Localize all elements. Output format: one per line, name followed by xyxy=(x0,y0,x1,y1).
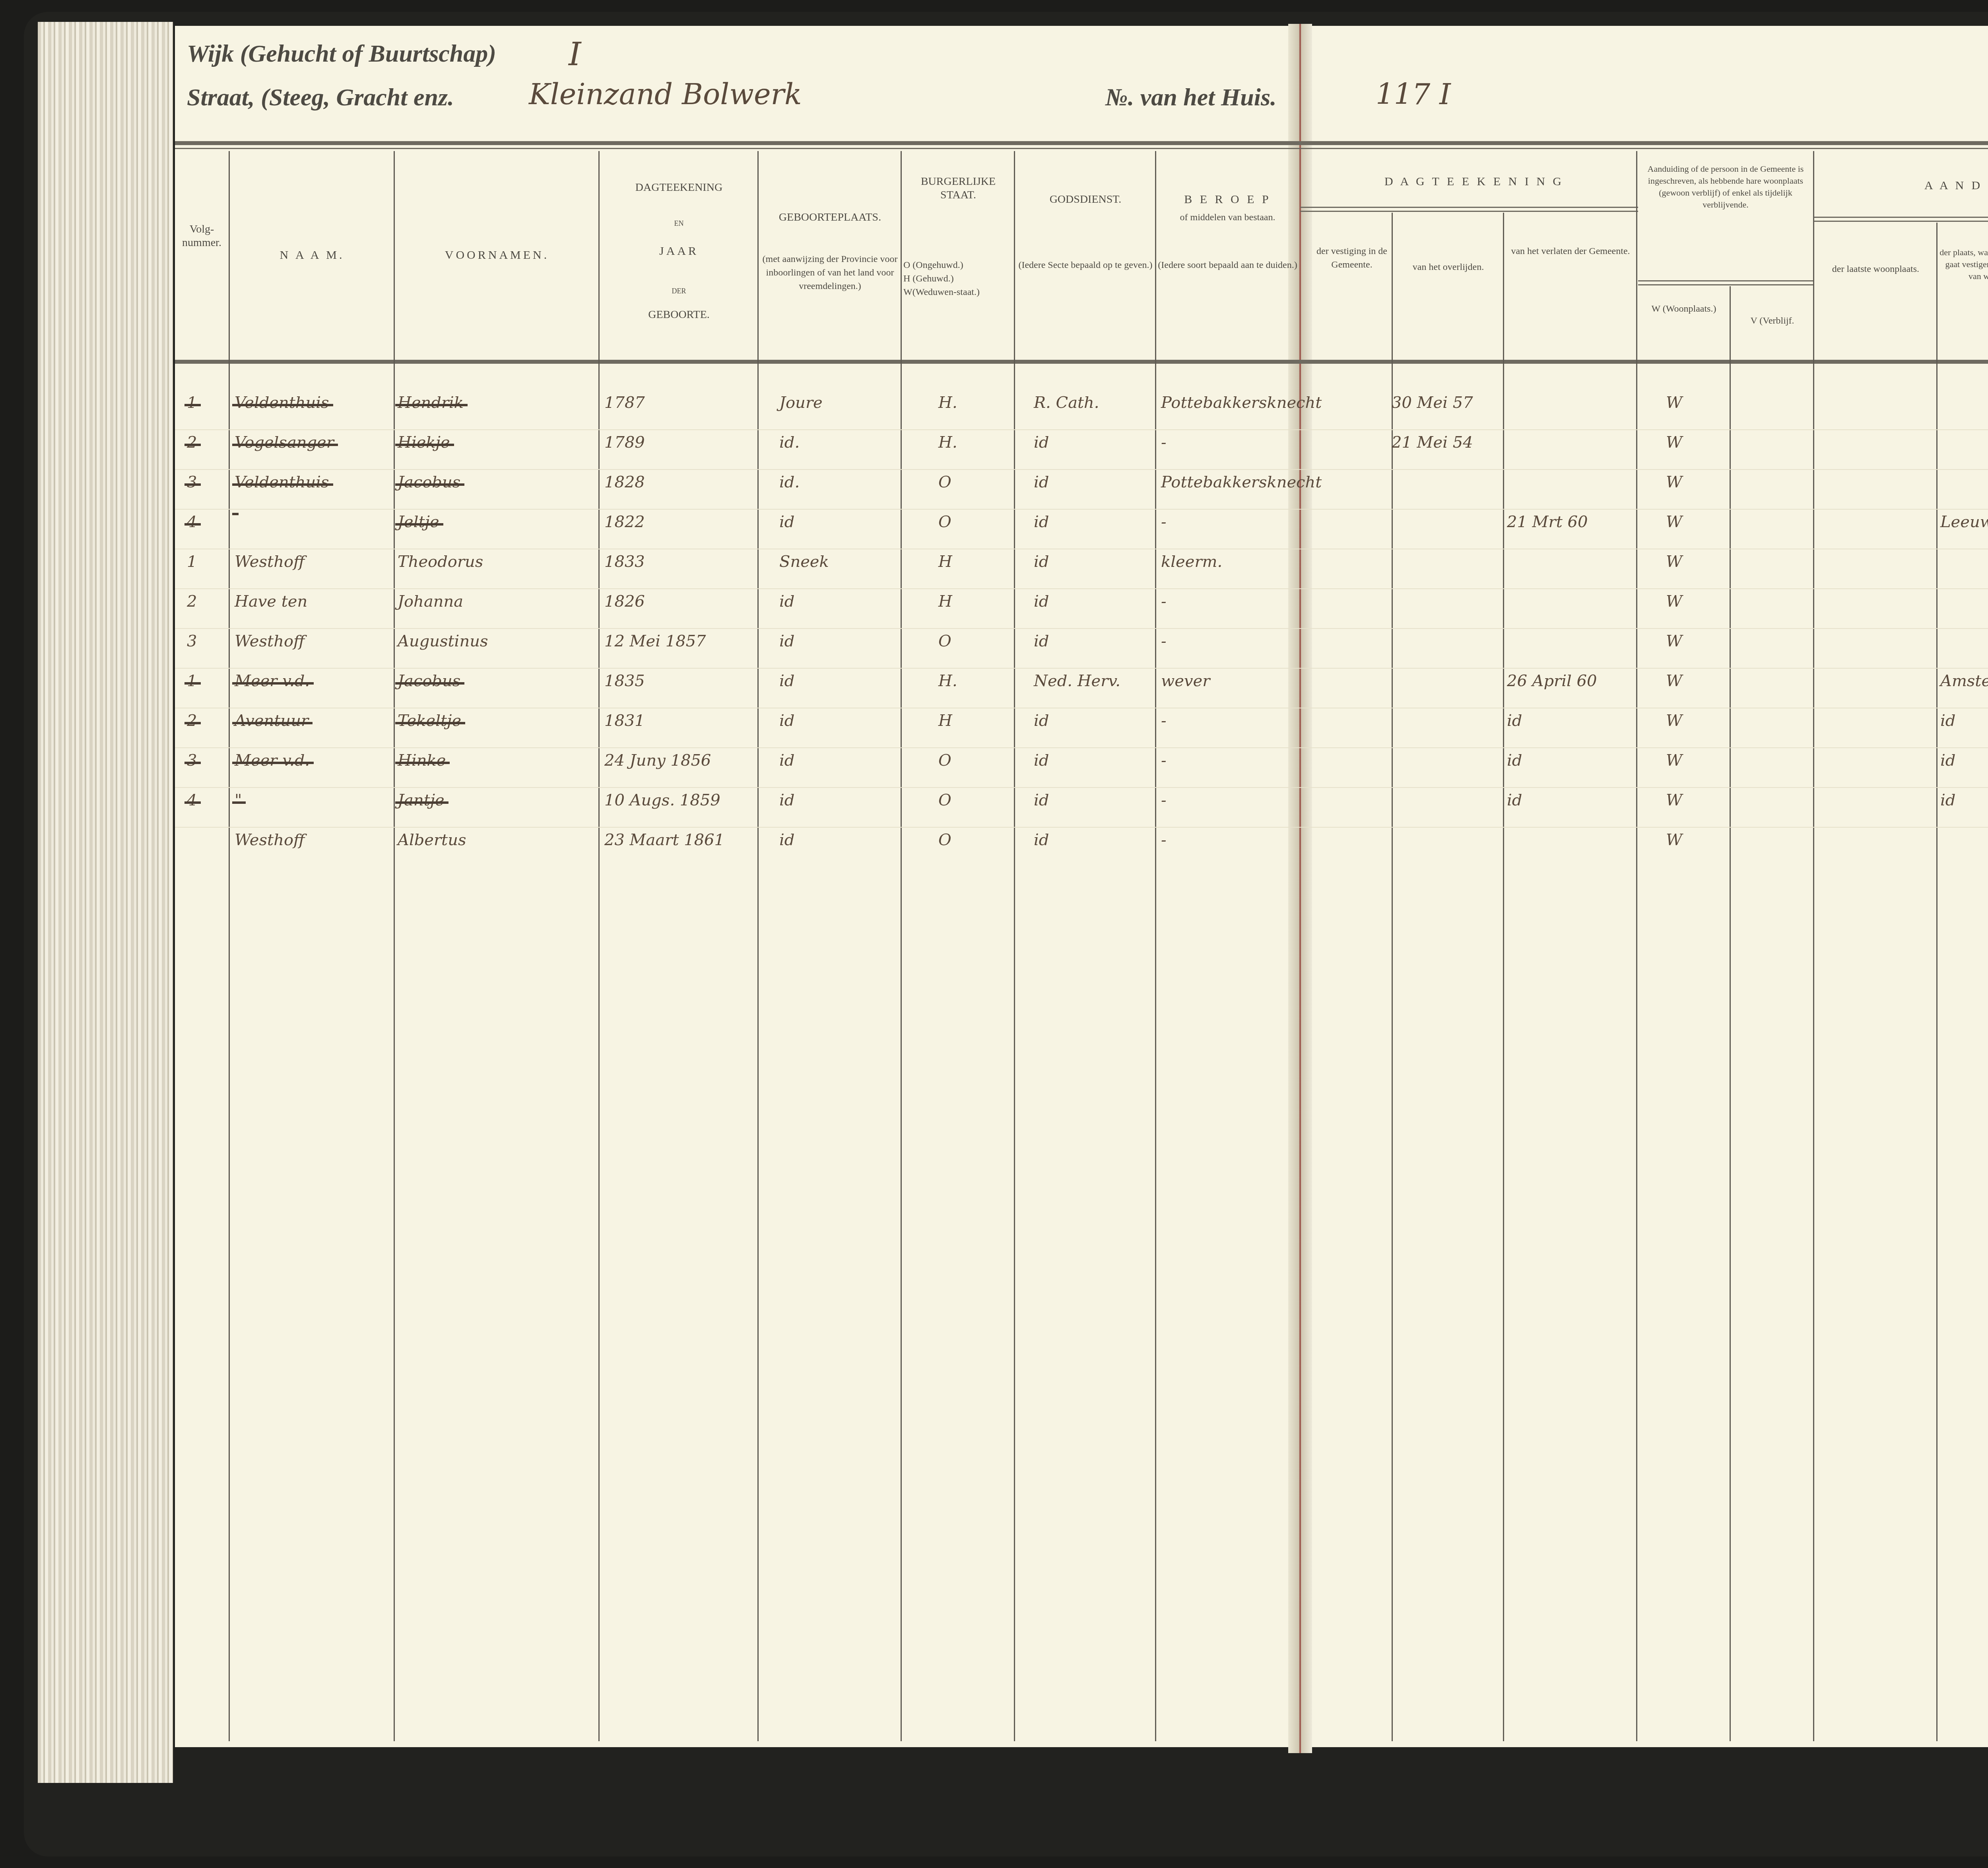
row-volgnummer: 3 xyxy=(187,751,197,770)
row-godsdienst: id xyxy=(1034,751,1049,770)
row-voornamen: Johanna xyxy=(398,592,463,611)
header-aand-laatste: der laatste woonplaats. xyxy=(1815,262,1936,276)
row-beroep: - xyxy=(1161,433,1167,452)
row-woonplaats-verblijf: W xyxy=(1666,791,1682,809)
row-geboortedatum: 1826 xyxy=(604,592,645,611)
row-naam: Meer v.d. xyxy=(235,751,310,770)
row-geboortedatum: 24 Juny 1856 xyxy=(604,751,711,770)
row-vertrek-plaats: Leeuwarden (Harlingen) xyxy=(1940,513,1988,531)
ruled-line xyxy=(175,827,1988,828)
ruled-line xyxy=(175,469,1988,470)
row-woonplaats-verblijf: W xyxy=(1666,632,1682,650)
header-geboortedatum-3: JAAR xyxy=(600,244,757,258)
header-dagteekening-group: D A G T E E K E N I N G xyxy=(1312,175,1636,188)
row-geboorteplaats: id xyxy=(779,791,794,809)
row-geboortedatum: 1822 xyxy=(604,513,645,531)
row-woonplaats-verblijf: W xyxy=(1666,473,1682,491)
row-naam: Veldenthuis xyxy=(235,394,329,412)
row-voornamen: Hiekje xyxy=(398,433,450,452)
header-aanduiding-group: A A N D U I D I N G xyxy=(1815,179,1988,192)
row-burgerlijke-staat: H. xyxy=(938,394,957,412)
row-naam: Meer v.d. xyxy=(235,672,310,690)
row-burgerlijke-staat: O xyxy=(938,791,951,809)
row-burgerlijke-staat: H xyxy=(938,592,952,611)
header-staat-h: H (Gehuwd.) xyxy=(903,272,1013,285)
header-staat-o: O (Ongehuwd.) xyxy=(903,258,1013,272)
ruled-line xyxy=(175,509,1988,510)
ruled-line xyxy=(175,549,1988,549)
col-line xyxy=(1730,286,1731,1741)
row-beroep: - xyxy=(1161,751,1167,770)
header-v-verblijf: V (Verblijf. xyxy=(1732,314,1813,328)
ruled-line xyxy=(175,588,1988,589)
row-geboorteplaats: id. xyxy=(779,433,800,452)
header-aanduiding-persoon: Aanduiding of de persoon in de Gemeente … xyxy=(1638,163,1813,211)
row-burgerlijke-staat: O xyxy=(938,513,951,531)
row-godsdienst: R. Cath. xyxy=(1034,394,1099,412)
wv-sub-rule-2 xyxy=(1638,284,1813,285)
row-woonplaats-verblijf: W xyxy=(1666,592,1682,611)
row-volgnummer: 1 xyxy=(187,672,197,690)
straat-value: Kleinzand Bolwerk xyxy=(529,78,802,111)
row-dag-verlaten: 26 April 60 xyxy=(1507,672,1597,690)
row-vertrek-plaats: id xyxy=(1940,751,1955,770)
header-top-rule-2 xyxy=(175,148,1988,149)
row-geboorteplaats: id xyxy=(779,751,794,770)
row-volgnummer: 1 xyxy=(187,553,197,571)
row-geboortedatum: 1789 xyxy=(604,433,645,452)
row-beroep: - xyxy=(1161,592,1167,611)
col-line xyxy=(598,151,600,1741)
row-volgnummer: 2 xyxy=(187,592,197,611)
row-vertrek-plaats: Amsterdam xyxy=(1940,672,1988,690)
row-burgerlijke-staat: H. xyxy=(938,433,957,452)
row-beroep: - xyxy=(1161,791,1167,809)
row-woonplaats-verblijf: W xyxy=(1666,672,1682,690)
dagteekening-sub-rule-2 xyxy=(1300,211,1638,212)
row-voornamen: Theodorus xyxy=(398,553,483,571)
row-woonplaats-verblijf: W xyxy=(1666,553,1682,571)
row-godsdienst: id xyxy=(1034,712,1049,730)
dagteekening-sub-rule xyxy=(1300,207,1638,208)
row-beroep: - xyxy=(1161,632,1167,650)
row-burgerlijke-staat: O xyxy=(938,473,951,491)
row-godsdienst: id xyxy=(1034,473,1049,491)
row-woonplaats-verblijf: W xyxy=(1666,751,1682,770)
row-woonplaats-verblijf: W xyxy=(1666,433,1682,452)
row-woonplaats-verblijf: W xyxy=(1666,394,1682,412)
header-burgerlijke-staat: BURGERLIJKE STAAT. xyxy=(903,175,1014,202)
wv-sub-rule xyxy=(1638,280,1813,281)
row-beroep: Pottebakkersknecht xyxy=(1161,394,1322,412)
row-voornamen: Hinke xyxy=(398,751,446,770)
col-line xyxy=(1155,151,1156,1741)
header-top-rule xyxy=(175,141,1988,145)
row-godsdienst: Ned. Herv. xyxy=(1034,672,1120,690)
huis-label: №. van het Huis. xyxy=(1105,83,1277,112)
header-staat-w: W(Weduwen-staat.) xyxy=(903,285,1013,299)
header-bottom-rule xyxy=(175,360,1988,364)
huis-value: 117 I xyxy=(1376,78,1451,111)
row-volgnummer: 3 xyxy=(187,473,197,491)
row-dag-verlaten: id xyxy=(1507,751,1522,770)
row-geboorteplaats: id xyxy=(779,712,794,730)
row-dag-overlijden: 21 Mei 54 xyxy=(1392,433,1473,452)
row-woonplaats-verblijf: W xyxy=(1666,712,1682,730)
row-volgnummer: 2 xyxy=(187,712,197,730)
row-woonplaats-verblijf: W xyxy=(1666,831,1682,849)
header-geboortedatum-4: DER xyxy=(600,284,757,298)
header-dag-overlijden: van het overlijden. xyxy=(1394,260,1503,274)
col-line xyxy=(757,151,759,1741)
col-line xyxy=(1014,151,1015,1741)
row-dag-verlaten: id xyxy=(1507,712,1522,730)
row-beroep: - xyxy=(1161,831,1167,849)
row-naam: Aventuur xyxy=(235,712,309,730)
row-voornamen: Tekeltje xyxy=(398,712,461,730)
row-geboortedatum: 23 Maart 1861 xyxy=(604,831,724,849)
row-geboorteplaats: id xyxy=(779,592,794,611)
header-w-woonplaats: W (Woonplaats.) xyxy=(1638,302,1730,316)
row-volgnummer: 4 xyxy=(187,791,197,809)
row-naam: Have ten xyxy=(235,592,307,611)
row-volgnummer: 4 xyxy=(187,513,197,531)
aanduiding-sub-rule-2 xyxy=(1813,221,1988,222)
straat-label: Straat, (Steeg, Gracht enz. xyxy=(187,83,454,112)
row-beroep: - xyxy=(1161,513,1167,531)
col-line xyxy=(1636,151,1637,1741)
row-naam: Westhoff xyxy=(235,831,305,849)
row-godsdienst: id xyxy=(1034,513,1049,531)
book-spine xyxy=(1288,24,1312,1753)
wijk-label: Wijk (Gehucht of Buurtschap) xyxy=(187,40,496,68)
header-godsdienst: GODSDIENST. xyxy=(1016,193,1155,206)
row-beroep: kleerm. xyxy=(1161,553,1222,571)
row-godsdienst: id xyxy=(1034,553,1049,571)
header-geboorteplaats: GEBOORTEPLAATS. xyxy=(759,211,901,224)
row-geboortedatum: 1835 xyxy=(604,672,645,690)
row-voornamen: Hendrik xyxy=(398,394,464,412)
header-beroep-sub: of middelen van bestaan. xyxy=(1157,211,1298,224)
header-naam: N A A M. xyxy=(231,248,394,262)
row-voornamen: Augustinus xyxy=(398,632,488,650)
row-voornamen: Jantje xyxy=(398,791,445,809)
row-woonplaats-verblijf: W xyxy=(1666,513,1682,531)
row-dag-verlaten: 21 Mrt 60 xyxy=(1507,513,1588,531)
wijk-value: I xyxy=(569,36,581,73)
header-aand-plaats: der plaats, waar de bewoner zich gaat ve… xyxy=(1938,246,1988,282)
ruled-line xyxy=(175,708,1988,708)
col-line xyxy=(1813,151,1814,1741)
aanduiding-sub-rule xyxy=(1813,217,1988,218)
row-naam: Veldenthuis xyxy=(235,473,329,491)
col-line xyxy=(229,151,230,1741)
row-geboorteplaats: id xyxy=(779,632,794,650)
ruled-line xyxy=(175,429,1988,430)
row-volgnummer: 3 xyxy=(187,632,197,650)
row-geboortedatum: 1831 xyxy=(604,712,645,730)
row-burgerlijke-staat: H. xyxy=(938,672,957,690)
header-geboorteplaats-note: (met aanwijzing der Provincie voor inboo… xyxy=(761,252,899,293)
row-naam: Westhoff xyxy=(235,632,305,650)
row-godsdienst: id xyxy=(1034,592,1049,611)
header-beroep: B E R O E P xyxy=(1157,193,1298,206)
header-dag-verlaten: van het verlaten der Gemeente. xyxy=(1505,244,1636,258)
header-dag-vestiging: der vestiging in de Gemeente. xyxy=(1312,244,1392,272)
row-vertrek-plaats: id xyxy=(1940,791,1955,809)
row-burgerlijke-staat: H xyxy=(938,712,952,730)
row-voornamen: Jeltje xyxy=(398,513,439,531)
row-burgerlijke-staat: O xyxy=(938,751,951,770)
row-beroep: Pottebakkersknecht xyxy=(1161,473,1322,491)
row-geboortedatum: 10 Augs. 1859 xyxy=(604,791,720,809)
col-line xyxy=(394,151,395,1741)
header-volgnummer: Volg-nummer. xyxy=(175,223,229,250)
ruled-line xyxy=(175,747,1988,748)
row-beroep: - xyxy=(1161,712,1167,730)
col-line xyxy=(901,151,902,1741)
header-geboortedatum-5: GEBOORTE. xyxy=(600,308,757,322)
col-line xyxy=(1503,213,1504,1741)
row-vertrek-plaats: id xyxy=(1940,712,1955,730)
row-geboorteplaats: id xyxy=(779,672,794,690)
row-burgerlijke-staat: O xyxy=(938,831,951,849)
row-geboorteplaats: id xyxy=(779,513,794,531)
row-voornamen: Jacobus xyxy=(398,473,460,491)
col-line xyxy=(1936,223,1938,1741)
row-volgnummer: 2 xyxy=(187,433,197,452)
row-geboorteplaats: id xyxy=(779,831,794,849)
row-geboorteplaats: Sneek xyxy=(779,553,829,571)
row-naam: " xyxy=(235,791,242,809)
row-geboortedatum: 1828 xyxy=(604,473,645,491)
row-voornamen: Jacobus xyxy=(398,672,460,690)
ruled-line xyxy=(175,628,1988,629)
header-geboortedatum-2: EN xyxy=(600,217,757,230)
row-godsdienst: id xyxy=(1034,791,1049,809)
row-geboorteplaats: id. xyxy=(779,473,800,491)
row-godsdienst: id xyxy=(1034,831,1049,849)
left-page-stack xyxy=(38,22,173,1783)
row-geboortedatum: 1833 xyxy=(604,553,645,571)
ruled-line xyxy=(175,668,1988,669)
row-naam: Westhoff xyxy=(235,553,305,571)
row-beroep: wever xyxy=(1161,672,1210,690)
header-geboortedatum-1: DAGTEEKENING xyxy=(600,181,757,194)
ruled-line xyxy=(175,787,1988,788)
row-godsdienst: id xyxy=(1034,632,1049,650)
row-voornamen: Albertus xyxy=(398,831,466,849)
row-volgnummer: 1 xyxy=(187,394,197,412)
row-geboortedatum: 12 Mei 1857 xyxy=(604,632,706,650)
row-geboortedatum: 1787 xyxy=(604,394,645,412)
row-geboorteplaats: Joure xyxy=(779,394,823,412)
row-naam: Vogelsanger xyxy=(235,433,334,452)
row-dag-overlijden: 30 Mei 57 xyxy=(1392,394,1473,412)
row-godsdienst: id xyxy=(1034,433,1049,452)
header-beroep-note: (Iedere soort bepaald aan te duiden.) xyxy=(1157,258,1298,272)
header-godsdienst-note: (Iedere Secte bepaald op te geven.) xyxy=(1016,258,1155,272)
header-voornamen: VOORNAMEN. xyxy=(396,248,598,262)
row-burgerlijke-staat: O xyxy=(938,632,951,650)
row-burgerlijke-staat: H xyxy=(938,553,952,571)
row-dag-verlaten: id xyxy=(1507,791,1522,809)
